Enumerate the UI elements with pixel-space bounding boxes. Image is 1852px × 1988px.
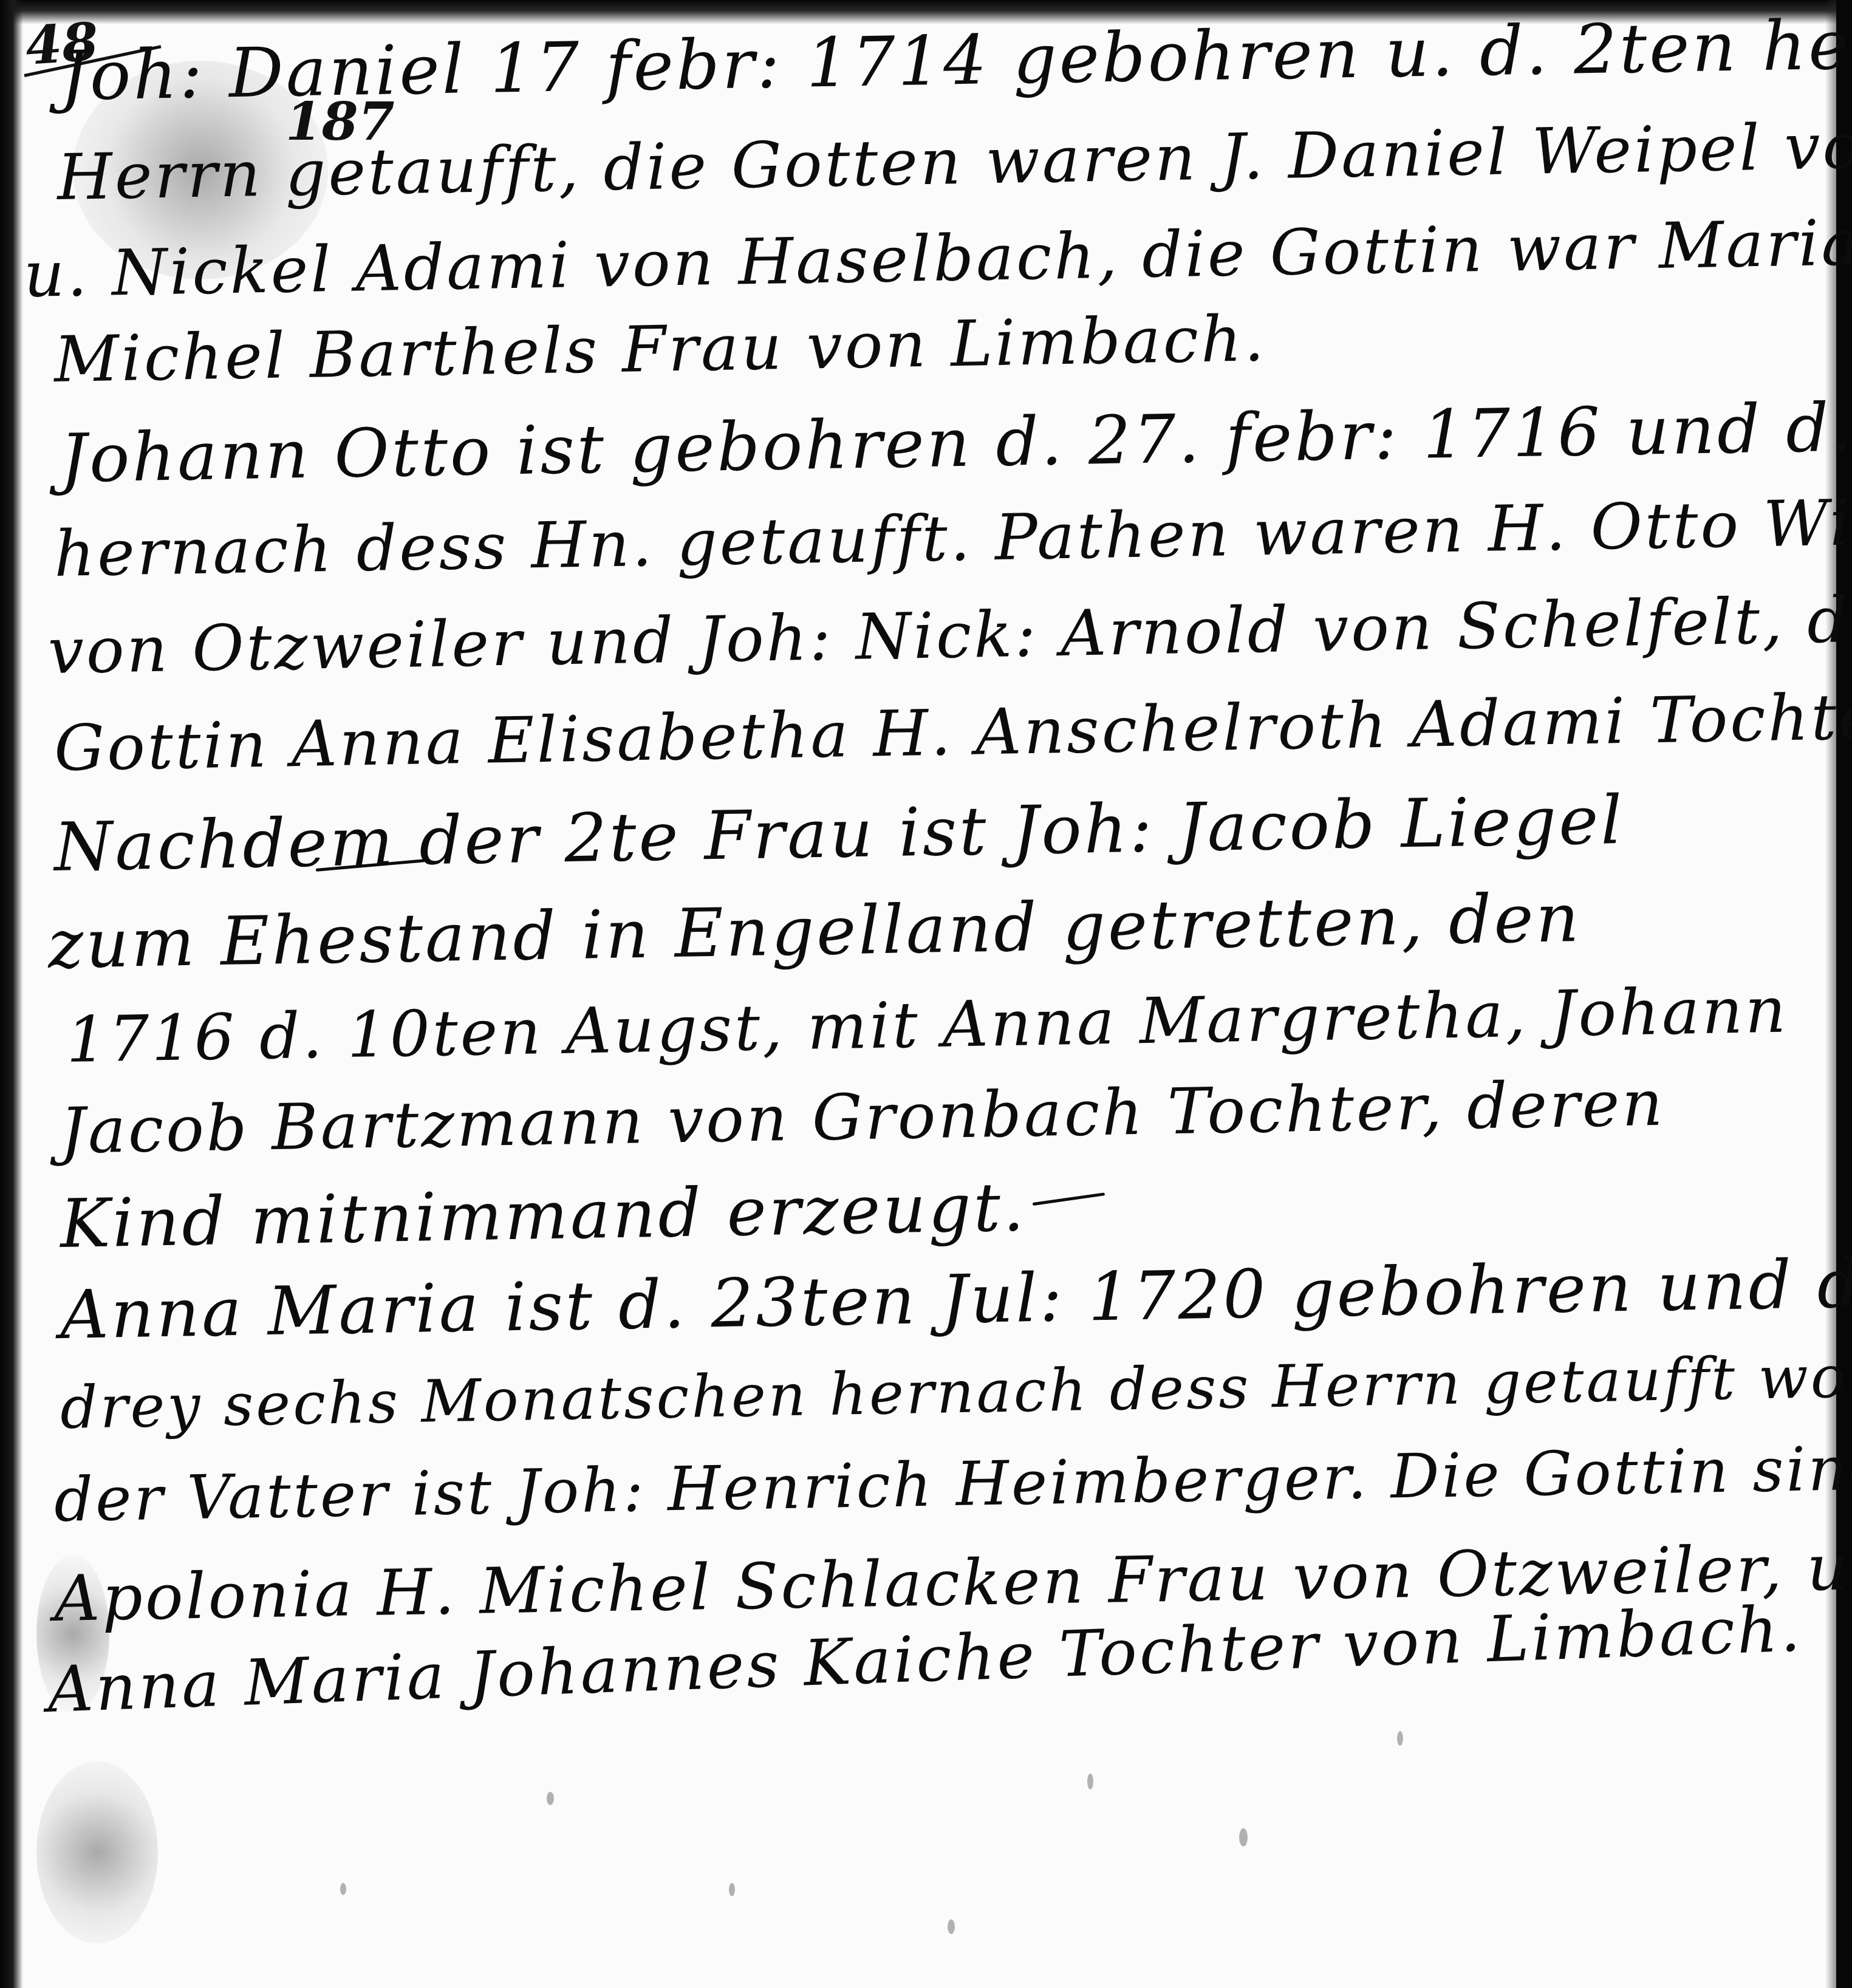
speckle <box>948 1919 955 1934</box>
register-line-14: Anna Maria ist d. 23ten Jul: 1720 gebohr… <box>60 1249 1852 1348</box>
scan-right-border <box>1836 0 1852 1988</box>
register-line-10: zum Ehestand in Engelland getretten, den <box>47 884 1582 978</box>
speckle <box>1397 1731 1403 1746</box>
register-line-8: Gottin Anna Elisabetha H. Anschelroth Ad… <box>53 684 1852 780</box>
scan-right-shadow <box>1825 0 1836 1988</box>
register-line-5: Johann Otto ist gebohren d. 27. febr: 17… <box>60 391 1852 492</box>
register-line-12: Jacob Bartzmann von Gronbach Tochter, de… <box>60 1071 1666 1163</box>
register-line-7: von Otzweiler und Joh: Nick: Arnold von … <box>47 587 1852 683</box>
speckle <box>729 1883 735 1896</box>
register-line-15: drey sechs Monatschen hernach dess Herrn… <box>60 1345 1852 1437</box>
register-page-scan: 48 187 Joh: Daniel 17 febr: 1714 gebohre… <box>0 0 1852 1988</box>
speckle <box>547 1792 554 1805</box>
speckle <box>1239 1828 1248 1846</box>
flourish-stroke <box>1033 1192 1105 1206</box>
register-line-16: der Vatter ist Joh: Henrich Heimberger. … <box>53 1435 1852 1531</box>
smudge <box>36 1761 158 1944</box>
register-line-9: Nachdem der 2te Frau ist Joh: Jacob Lieg… <box>53 787 1625 881</box>
scan-left-border <box>0 0 23 1988</box>
speckle <box>340 1883 346 1895</box>
register-line-6: hernach dess Hn. getaufft. Pathen waren … <box>53 488 1852 586</box>
speckle <box>1087 1774 1093 1789</box>
register-line-11: 1716 d. 10ten Augst, mit Anna Margretha,… <box>66 979 1789 1071</box>
register-line-13: Kind mitnimmand erzeugt. <box>60 1173 1027 1257</box>
register-line-4: Michel Barthels Frau von Limbach. <box>53 307 1267 391</box>
